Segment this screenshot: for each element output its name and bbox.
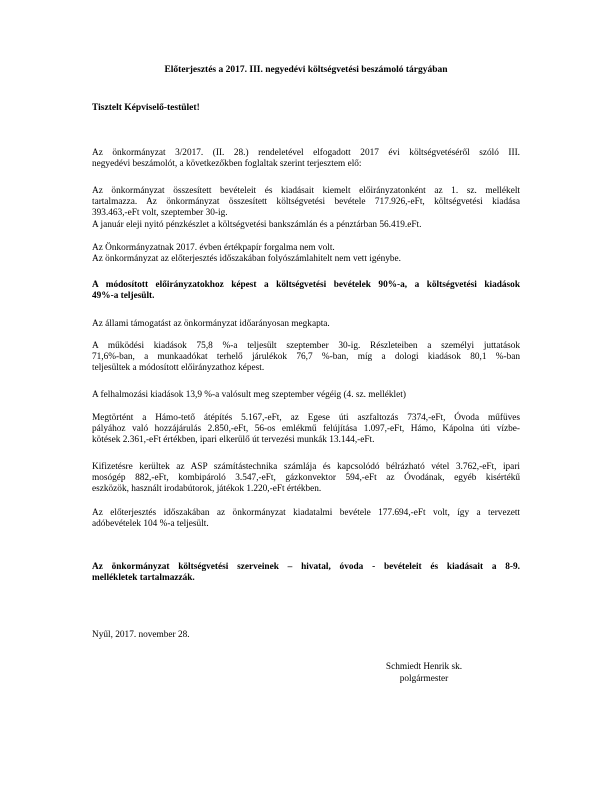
signature-block: Schmiedt Henrik sk. polgármester — [368, 662, 480, 685]
paragraph-purchases: Kifizetésre kerültek az ASP számítástech… — [92, 462, 520, 496]
document-title: Előterjesztés a 2017. III. negyedévi köl… — [0, 65, 612, 75]
paragraph-capital-expenses: A felhalmozási kiadások 13,9 %-a valósul… — [92, 390, 520, 401]
paragraph-projects: Megtörtént a Hámo-tető átépítés 5.167,-e… — [92, 413, 520, 447]
paragraph-operating-expenses: A működési kiadások 75,8 %-a teljesült s… — [92, 341, 520, 375]
paragraph-state-support: Az állami támogatást az önkormányzat idő… — [92, 319, 520, 330]
signatory-role: polgármester — [368, 674, 480, 686]
paragraph-securities: Az Önkormányzatnak 2017. évben értékpapí… — [92, 243, 520, 265]
greeting: Tisztelt Képviselő-testület! — [92, 103, 200, 113]
paragraph-institutions: Az önkormányzat költségvetési szerveinek… — [92, 562, 520, 584]
date-line: Nyűl, 2017. november 28. — [92, 630, 520, 641]
paragraph-fulfillment: A módosított előirányzatokhoz képest a k… — [92, 280, 520, 302]
signatory-name: Schmiedt Henrik sk. — [368, 662, 480, 674]
paragraph-totals: Az önkormányzat összesített bevételeit é… — [92, 186, 520, 231]
paragraph-tax-revenue: Az előterjesztés időszakában az önkormán… — [92, 508, 520, 530]
document-page: Előterjesztés a 2017. III. negyedévi köl… — [0, 0, 612, 792]
paragraph-intro: Az önkormányzat 3/2017. (II. 28.) rendel… — [92, 148, 520, 170]
